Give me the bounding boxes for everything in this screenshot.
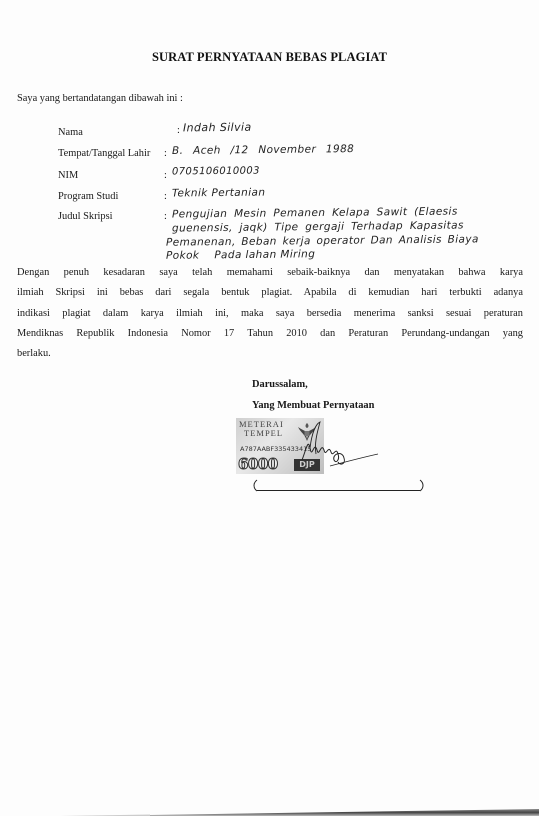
field-value-program-studi: Teknik Pertanian — [172, 187, 265, 200]
field-label-nim: NIM — [58, 170, 78, 181]
field-value-judul-line-4: Pokok Pada lahan Miring — [166, 248, 315, 262]
paragraph-line: ilmiah Skripsi ini bebas dari segala ben… — [17, 283, 523, 303]
field-label-nama: Nama — [58, 127, 83, 138]
paragraph-line: berlaku. — [17, 344, 523, 364]
handwritten-signature — [300, 420, 380, 475]
field-separator: : — [177, 125, 180, 136]
statement-paragraph: Dengan penuh kesadaran saya telah memaha… — [17, 263, 523, 364]
field-separator: : — [164, 191, 167, 202]
paragraph-line: Dengan penuh kesadaran saya telah memaha… — [17, 263, 523, 283]
field-label-program-studi: Program Studi — [58, 191, 118, 202]
paragraph-line: indikasi plagiat dalam karya ilmiah ini,… — [17, 304, 523, 324]
field-value-judul-line-3: Pemanenan, Beban kerja operator Dan Anal… — [166, 233, 479, 248]
scan-edge-shadow — [0, 800, 539, 816]
stamp-value: 6000 — [238, 455, 278, 473]
intro-text: Saya yang bertandatangan dibawah ini : — [17, 93, 183, 104]
field-value-judul-line-2: guenensis, jaqk) Tipe gergaji Terhadap K… — [172, 219, 464, 234]
field-separator: : — [164, 148, 167, 159]
signature-role: Yang Membuat Pernyataan — [252, 400, 374, 411]
field-value-nim: 0705106010003 — [172, 166, 260, 178]
field-value-judul-line-1: Pengujian Mesin Pemanen Kelapa Sawit (El… — [172, 206, 458, 221]
field-label-ttl: Tempat/Tanggal Lahir — [58, 148, 150, 159]
field-separator: : — [164, 170, 167, 181]
field-value-nama: Indah Silvia — [183, 121, 252, 135]
signature-place: Darussalam, — [252, 379, 308, 390]
stamp-line-2: TEMPEL — [244, 428, 283, 438]
document-page: SURAT PERNYATAAN BEBAS PLAGIAT Saya yang… — [0, 0, 539, 816]
field-separator: : — [164, 211, 167, 222]
name-placeholder-line — [252, 478, 426, 492]
document-title: SURAT PERNYATAAN BEBAS PLAGIAT — [0, 50, 539, 65]
field-value-ttl: B. Aceh /12 November 1988 — [172, 143, 354, 157]
field-label-judul-skripsi: Judul Skripsi — [58, 211, 113, 222]
paragraph-line: Mendiknas Republik Indonesia Nomor 17 Ta… — [17, 324, 523, 344]
